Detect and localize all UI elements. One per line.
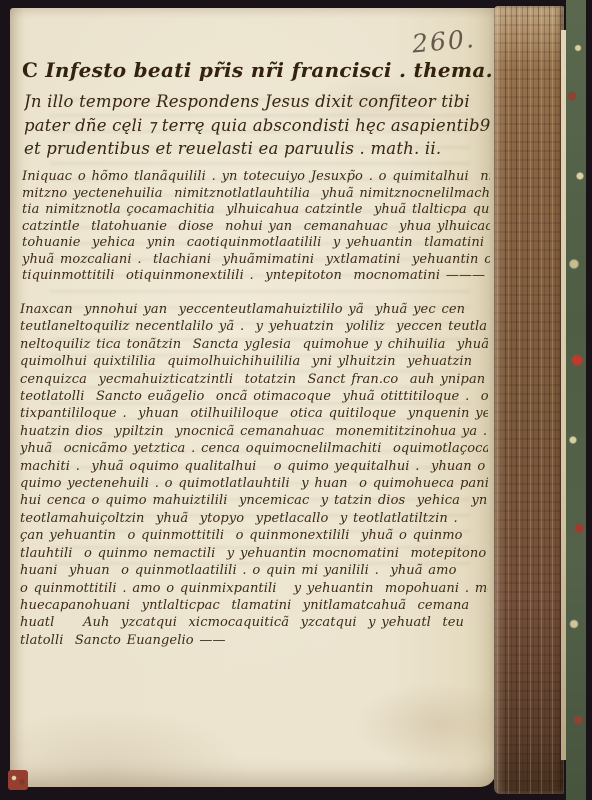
- text-line: yhuã mozcaliani . tlachiani yhuãmimatini…: [22, 252, 490, 269]
- text-line: tia nimitznotla çocamachitia ylhuicahua …: [22, 202, 490, 219]
- text-line: yhuã ocnicãmo yetztica . cenca oquimocne…: [20, 440, 488, 457]
- text-line: tlauhtili o quinmo nemactili y yehuantin…: [20, 545, 488, 562]
- text-line: mitzno yectenehuilia nimitznotlatlauhtil…: [22, 186, 490, 203]
- text-line: neltoquiliz tica tonãtzin Sancta yglesia…: [20, 336, 488, 353]
- capitulum-mark: C: [22, 58, 38, 82]
- heading-line: CInfesto beati pr̃is nr̃i francisci . th…: [22, 58, 488, 82]
- text-line: huecapanohuani yntlalticpac tlamatini yn…: [20, 597, 488, 614]
- text-line: teutlaneltoquiliz necentlalilo yã . y ye…: [20, 318, 488, 335]
- marbled-paper-corner: [8, 770, 28, 790]
- text-line: machiti . yhuã oquimo qualitalhui o quim…: [20, 458, 488, 475]
- body-paragraph-1: Iniquac o hõmo tlanãquilili . yn totecui…: [22, 169, 490, 285]
- text-line: Iniquac o hõmo tlanãquilili . yn totecui…: [22, 169, 490, 186]
- manuscript-page: 260. CInfesto beati pr̃is nr̃i francisci…: [10, 8, 496, 787]
- text-line: o quinmottitili . amo o quinmixpantili y…: [20, 580, 488, 597]
- text-line: hui cenca o quimo mahuiztilili yncemicac…: [20, 492, 488, 509]
- latin-incipit: Jn illo tempore Respondens Jesus dixit c…: [24, 90, 490, 161]
- marbled-paper-strip: [566, 0, 586, 800]
- text-line: tixpantililoque . yhuan otilhuililoque o…: [20, 405, 488, 422]
- text-line: quimo yectenehuili . o quimotlatlauhtili…: [20, 475, 488, 492]
- text-line: teotlamahuiçoltzin yhuã ytopyo ypetlacal…: [20, 510, 488, 527]
- text-line: teotlatolli Sancto euãgelio oncã otimaco…: [20, 388, 488, 405]
- book-fore-edge: [494, 6, 564, 794]
- body-paragraph-2: Inaxcan ynnohui yan yeccenteutlamahuizti…: [20, 301, 488, 649]
- text-line: catzintle tlatohuanie diose nohui yan ce…: [22, 219, 490, 236]
- latin-line: pater dñe cęli ⁊ terrę quia abscondisti …: [24, 114, 490, 138]
- text-line: Inaxcan ynnohui yan yeccenteutlamahuizti…: [20, 301, 488, 318]
- heading-text: Infesto beati pr̃is nr̃i francisci . the…: [45, 58, 493, 82]
- text-line: huatl Auh yzcatqui xicmocaquiticã yzcatq…: [20, 614, 488, 631]
- text-line: tohuanie yehica ynin caotiquinmotlaatili…: [22, 235, 490, 252]
- text-line: cenquizca yecmahuizticatzintli totatzin …: [20, 371, 488, 388]
- text-line: tlatolli Sancto Euangelio ——: [20, 632, 488, 649]
- text-line: tiquinmottitili otiquinmonextilili . ynt…: [22, 268, 490, 285]
- latin-line: Jn illo tempore Respondens Jesus dixit c…: [24, 90, 490, 114]
- photo-frame: 260. CInfesto beati pr̃is nr̃i francisci…: [0, 0, 592, 800]
- latin-line: et prudentibus et reuelasti ea paruulis …: [24, 137, 490, 161]
- text-line: huani yhuan o quinmotlaatilili . o quin …: [20, 562, 488, 579]
- text-line: çan yehuantin o quinmottitili o quinmone…: [20, 527, 488, 544]
- text-line: quimolhui quixtililia quimolhuichihuilil…: [20, 353, 488, 370]
- text-line: huatzin dios ypiltzin ynocnicã cemanahua…: [20, 423, 488, 440]
- folio-number: 260.: [411, 23, 493, 59]
